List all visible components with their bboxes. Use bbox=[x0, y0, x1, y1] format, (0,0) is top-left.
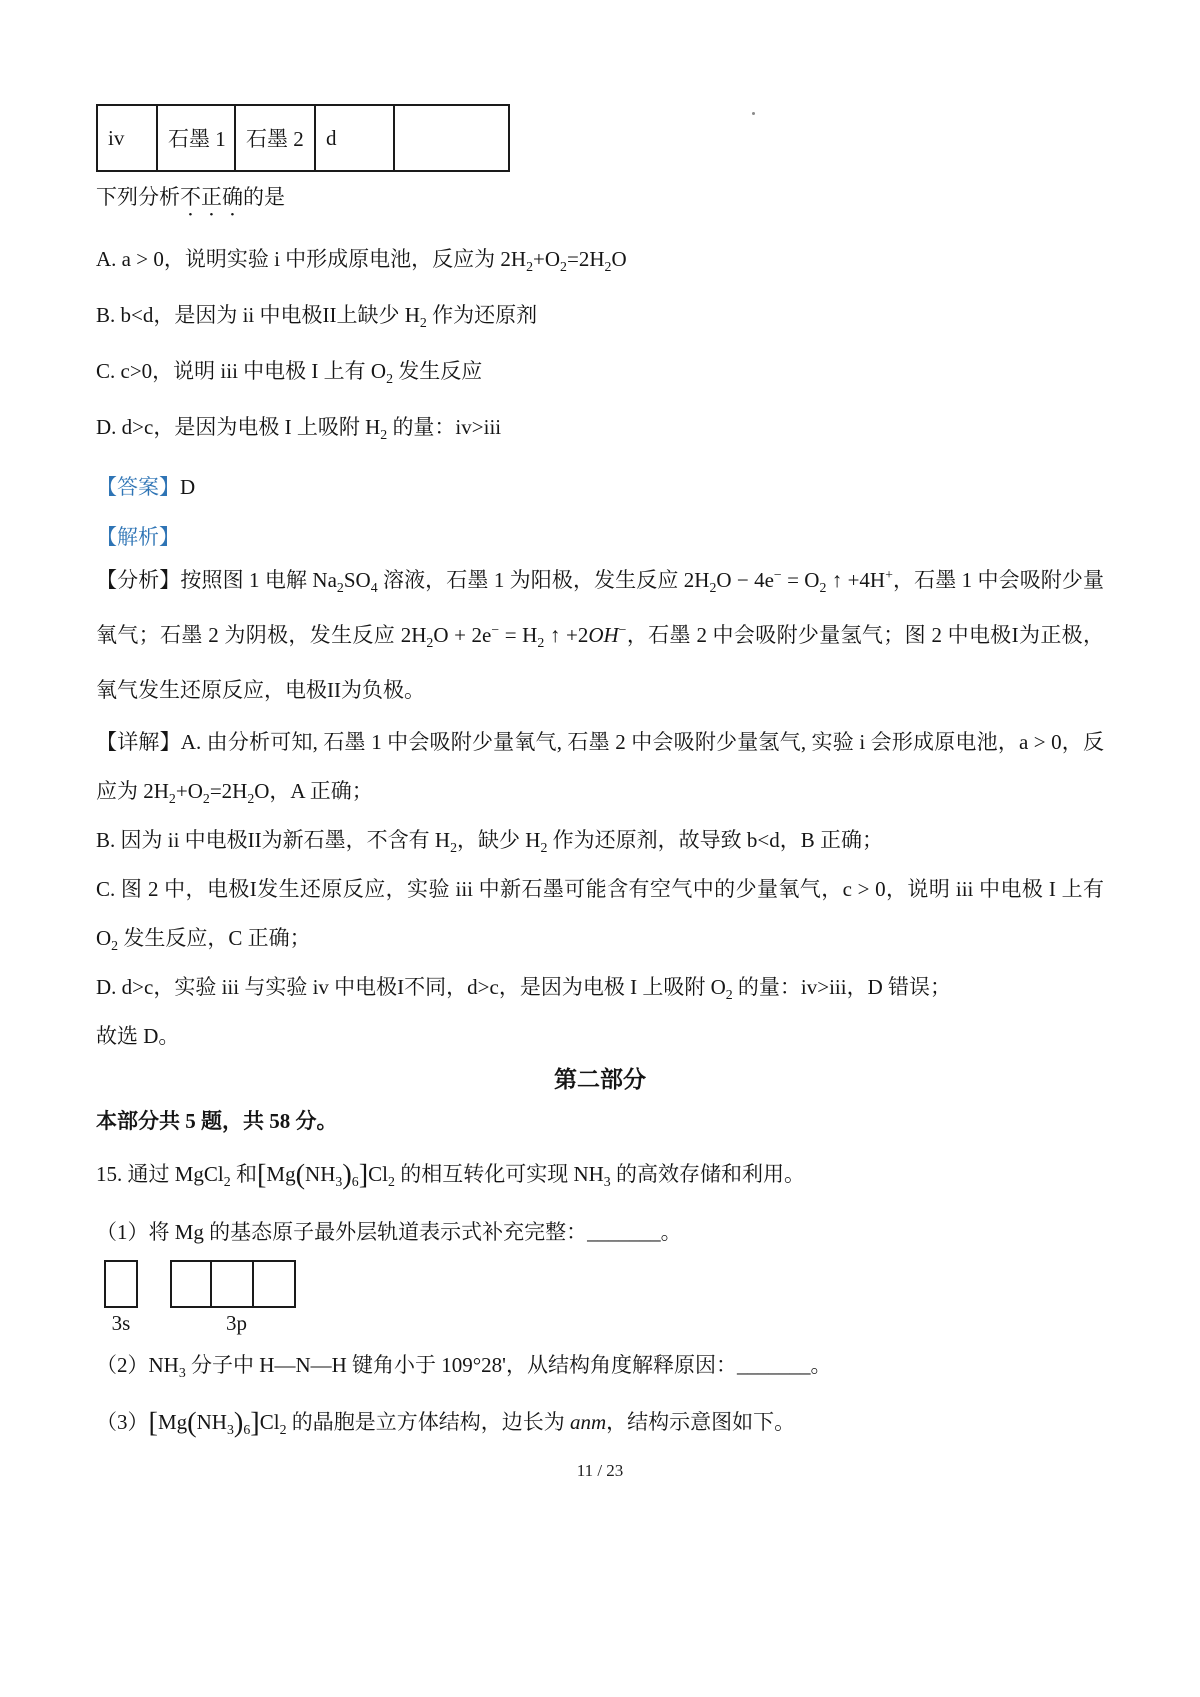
detail-paragraph-c: C. 图 2 中，电极I发生还原反应，实验 iii 中新石墨可能含有空气中的少量… bbox=[96, 865, 1104, 963]
orbital-diagram bbox=[104, 1260, 1104, 1308]
question-15-stem: 15. 通过 MgCl2 和[Mg(NH3)6]Cl2 的相互转化可实现 NH3… bbox=[96, 1151, 1104, 1198]
option-a: A. a > 0，说明实验 i 中形成原电池，反应为 2H2+O2=2H2O bbox=[96, 241, 1104, 277]
page-number: 11 / 23 bbox=[96, 1460, 1104, 1482]
stray-mark bbox=[752, 112, 755, 115]
option-c: C. c>0，说明 iii 中电极 I 上有 O2 发生反应 bbox=[96, 353, 1104, 389]
orbital-box-3p-3 bbox=[254, 1260, 296, 1308]
conclusion-line: 故选 D。 bbox=[96, 1012, 1104, 1061]
question-15-3: （3）[Mg(NH3)6]Cl2 的晶胞是立方体结构，边长为 anm，结构示意图… bbox=[96, 1400, 1104, 1445]
question-15-2: （2）NH3 分子中 H—N—H 键角小于 109°28'，从结构角度解释原因：… bbox=[96, 1346, 1104, 1384]
table-cell-empty bbox=[394, 105, 509, 171]
answer-line: 【答案】D bbox=[96, 471, 1104, 503]
question-15-1: （1）将 Mg 的基态原子最外层轨道表示式补充完整：_______。 bbox=[96, 1214, 1104, 1250]
table-cell-electrode1: 石墨 1 bbox=[157, 105, 235, 171]
detail-section: 【详解】A. 由分析可知, 石墨 1 中会吸附少量氧气, 石墨 2 中会吸附少量… bbox=[96, 718, 1104, 1061]
table-cell-electrode2: 石墨 2 bbox=[235, 105, 315, 171]
explanation-label-line: 【解析】 bbox=[96, 521, 1104, 553]
orbital-box-group-3p bbox=[170, 1260, 296, 1308]
orbital-box-3p-2 bbox=[212, 1260, 254, 1308]
table-cell-experiment-id: iv bbox=[97, 105, 157, 171]
option-b: B. b<d，是因为 ii 中电极II上缺少 H2 作为还原剂 bbox=[96, 297, 1104, 333]
table-row: iv 石墨 1 石墨 2 d bbox=[97, 105, 509, 171]
orbital-box-3s bbox=[104, 1260, 138, 1308]
experiment-table: iv 石墨 1 石墨 2 d bbox=[96, 104, 510, 172]
orbital-box-3p-1 bbox=[170, 1260, 212, 1308]
part2-title: 第二部分 bbox=[96, 1063, 1104, 1097]
part2-info: 本部分共 5 题，共 58 分。 bbox=[96, 1105, 1104, 1137]
orbital-label-3s: 3s bbox=[104, 1308, 138, 1338]
orbital-label-3p: 3p bbox=[138, 1308, 296, 1338]
table-cell-value: d bbox=[315, 105, 394, 171]
detail-paragraph-b: B. 因为 ii 中电极II为新石墨，不含有 H2，缺少 H2 作为还原剂，故导… bbox=[96, 816, 1104, 865]
document-page: iv 石墨 1 石墨 2 d 下列分析不正确的是 A. a > 0，说明实验 i… bbox=[0, 104, 1200, 1482]
option-d: D. d>c，是因为电极 I 上吸附 H2 的量：iv>iii bbox=[96, 409, 1104, 445]
orbital-labels: 3s 3p bbox=[104, 1308, 1104, 1338]
analysis-paragraph: 【分析】按照图 1 电解 Na2SO4 溶液，石墨 1 为阳极，发生反应 2H2… bbox=[96, 553, 1104, 718]
question-prompt: 下列分析不正确的是 bbox=[96, 182, 1104, 221]
detail-paragraph-d: D. d>c，实验 iii 与实验 iv 中电极I不同，d>c，是因为电极 I … bbox=[96, 963, 1104, 1012]
detail-paragraph-a: 【详解】A. 由分析可知, 石墨 1 中会吸附少量氧气, 石墨 2 中会吸附少量… bbox=[96, 718, 1104, 816]
